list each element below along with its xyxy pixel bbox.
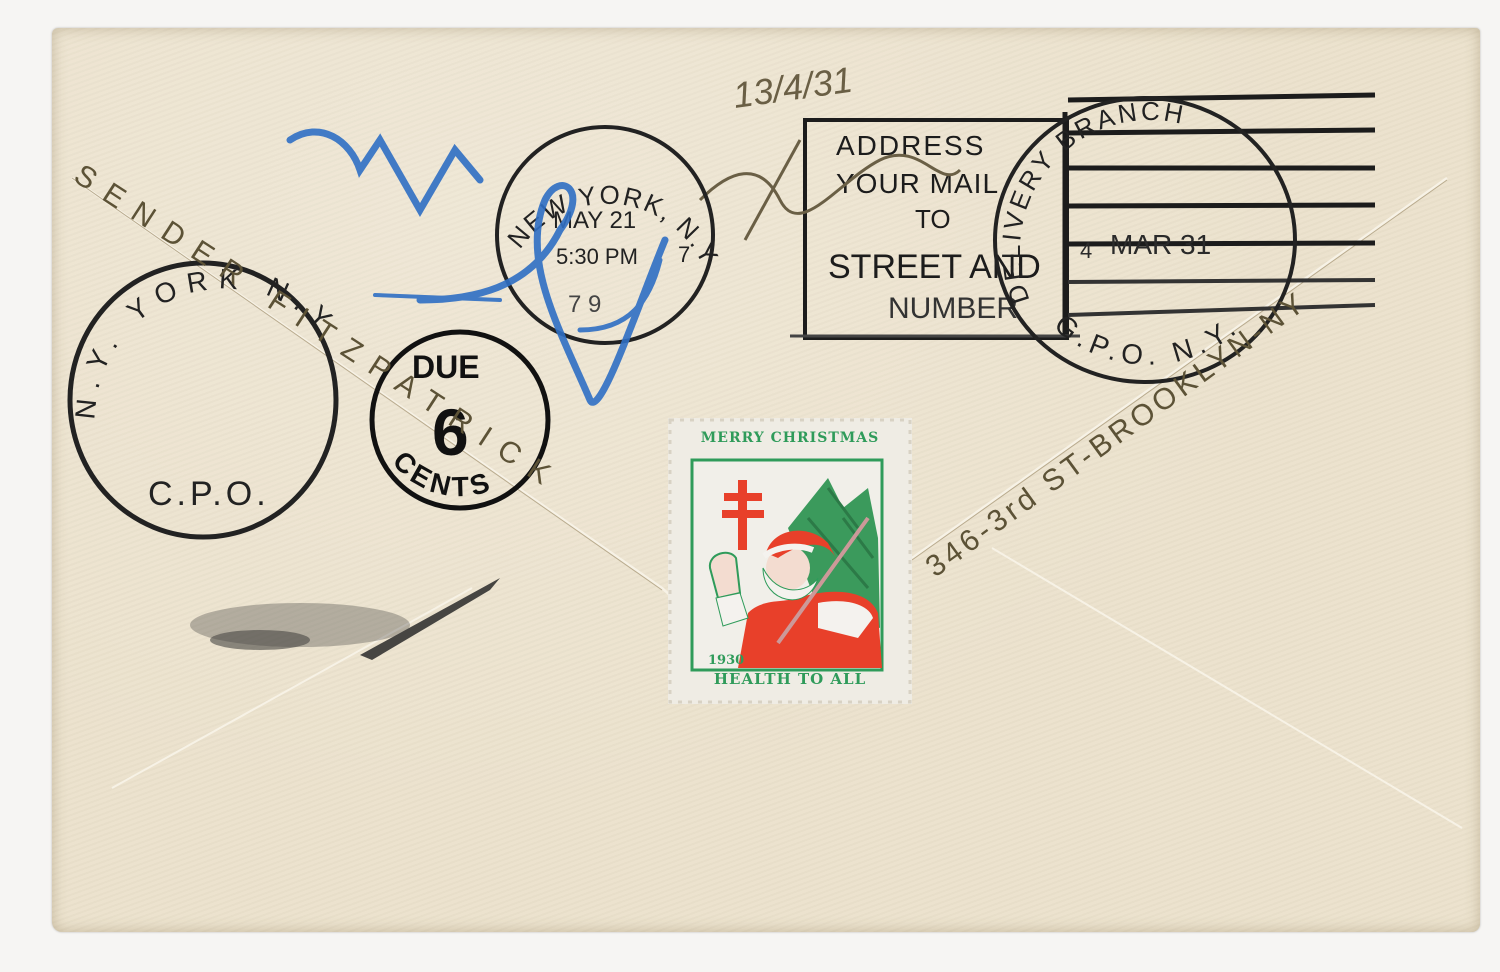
- seal-artwork: [668, 418, 912, 704]
- seal-bottom-text: HEALTH TO ALL: [668, 670, 912, 688]
- christmas-seal: MERRY CHRISTMAS 1930 HEALTH TO ALL: [668, 418, 912, 704]
- seal-year: 1930: [708, 653, 744, 668]
- seal-top-text: MERRY CHRISTMAS: [668, 430, 912, 446]
